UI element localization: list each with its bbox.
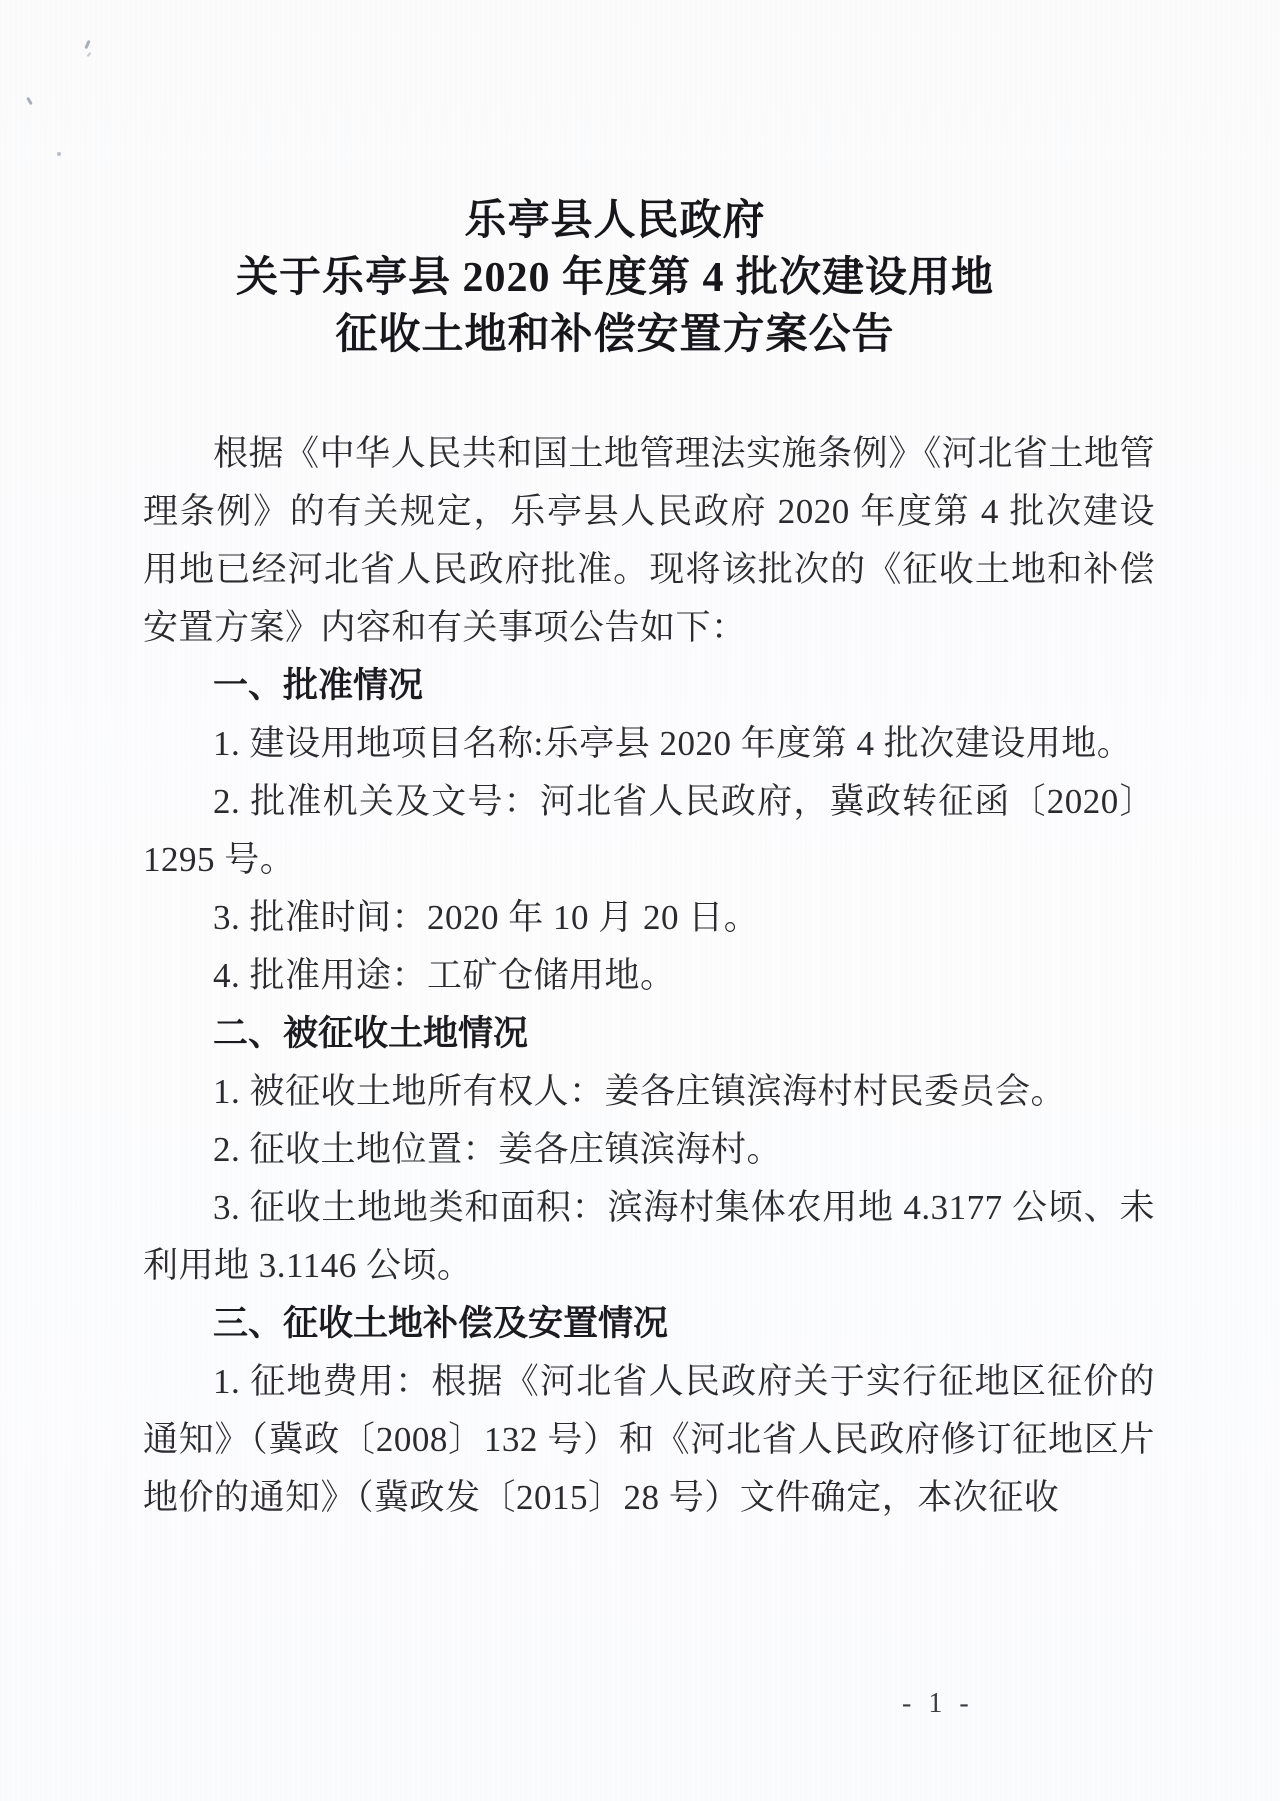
scan-artifact bbox=[84, 40, 90, 49]
document-body: 根据《中华人民共和国土地管理法实施条例》《河北省土地管理条例》的有关规定，乐亭县… bbox=[143, 425, 1155, 1527]
item-land-type-area: 3. 征收土地地类和面积：滨海村集体农用地 4.3177 公顷、未利用地 3.1… bbox=[143, 1179, 1155, 1295]
heading-section-1: 一、批准情况 bbox=[143, 657, 1155, 715]
paragraph-intro: 根据《中华人民共和国土地管理法实施条例》《河北省土地管理条例》的有关规定，乐亭县… bbox=[143, 425, 1155, 657]
scanned-document-page: 乐亭县人民政府 关于乐亭县 2020 年度第 4 批次建设用地 征收土地和补偿安… bbox=[0, 0, 1280, 1801]
heading-section-3: 三、征收土地补偿及安置情况 bbox=[143, 1295, 1155, 1353]
scan-artifact bbox=[87, 52, 92, 57]
item-land-location: 2. 征收土地位置：姜各庄镇滨海村。 bbox=[143, 1121, 1155, 1179]
document-title: 乐亭县人民政府 关于乐亭县 2020 年度第 4 批次建设用地 征收土地和补偿安… bbox=[40, 193, 1190, 364]
document-title-line-1: 乐亭县人民政府 bbox=[40, 193, 1190, 250]
item-approved-use: 4. 批准用途：工矿仓储用地。 bbox=[143, 947, 1155, 1005]
item-approval-authority: 2. 批准机关及文号：河北省人民政府，冀政转征函〔2020〕1295 号。 bbox=[143, 773, 1155, 889]
document-title-line-3: 征收土地和补偿安置方案公告 bbox=[40, 307, 1190, 364]
heading-section-2: 二、被征收土地情况 bbox=[143, 1005, 1155, 1063]
scan-artifact bbox=[57, 152, 61, 156]
item-approval-date: 3. 批准时间：2020 年 10 月 20 日。 bbox=[143, 889, 1155, 947]
document-title-line-2: 关于乐亭县 2020 年度第 4 批次建设用地 bbox=[40, 250, 1190, 307]
item-project-name: 1. 建设用地项目名称:乐亭县 2020 年度第 4 批次建设用地。 bbox=[143, 715, 1155, 773]
page-number: - 1 - bbox=[902, 1688, 974, 1720]
item-land-owner: 1. 被征收土地所有权人：姜各庄镇滨海村村民委员会。 bbox=[143, 1063, 1155, 1121]
item-compensation-fees: 1. 征地费用：根据《河北省人民政府关于实行征地区征价的通知》（冀政〔2008〕… bbox=[143, 1353, 1155, 1527]
scan-artifact bbox=[26, 97, 33, 105]
